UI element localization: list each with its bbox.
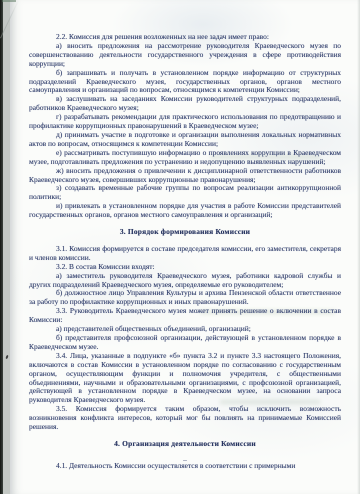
paragraph: б) запрашивать и получать в установленно…	[29, 69, 341, 96]
scan-image: 2.2. Комиссия для решения возложенных на…	[0, 0, 360, 494]
scan-speck	[5, 355, 8, 359]
paragraph: г) разрабатывать рекомендации для практи…	[29, 113, 341, 131]
paragraph: з) создавать временные рабочие группы по…	[29, 184, 341, 202]
scanned-page: 2.2. Комиссия для решения возложенных на…	[10, 0, 360, 494]
paragraph: б) должностное лицо Управления Культуры …	[29, 289, 341, 307]
paragraph: б) представителя профсоюзной организации…	[29, 334, 341, 352]
paragraph: 4.1. Деятельность Комиссии осуществляетс…	[29, 462, 341, 471]
paragraph: а) заместитель руководителя Краеведческо…	[29, 272, 341, 290]
paragraph: а) вносить предложения на рассмотрение р…	[29, 42, 341, 69]
paragraph: 3.5. Комиссия формируется таким образом,…	[29, 405, 341, 432]
document-body: 2.2. Комиссия для решения возложенных на…	[29, 33, 341, 471]
paragraph: в) заслушивать на заседаниях Комиссии ру…	[29, 95, 341, 113]
paragraph: 3.3. Руководитель Краеведческого музея м…	[29, 307, 341, 325]
paragraph: е) рассматривать поступившую информацию …	[29, 149, 341, 167]
scan-artifact-top	[2, 0, 16, 2]
paragraph: 3.1. Комиссия формируется в составе пред…	[29, 245, 341, 263]
paragraph: ж) вносить предложения о привлечении к д…	[29, 167, 341, 185]
paragraph: и) привлекать в установленном порядке дл…	[29, 202, 341, 220]
section-heading: 3. Порядок формирования Комиссии	[29, 228, 341, 237]
section-heading: 4. Организация деятельности Комиссии	[29, 440, 341, 449]
paragraph: 3.4. Лица, указанные в подпункте «б» пун…	[29, 352, 341, 405]
scanner-edge-strip	[0, 0, 3, 494]
paragraph: д) принимать участие в подготовке и орга…	[29, 131, 341, 149]
